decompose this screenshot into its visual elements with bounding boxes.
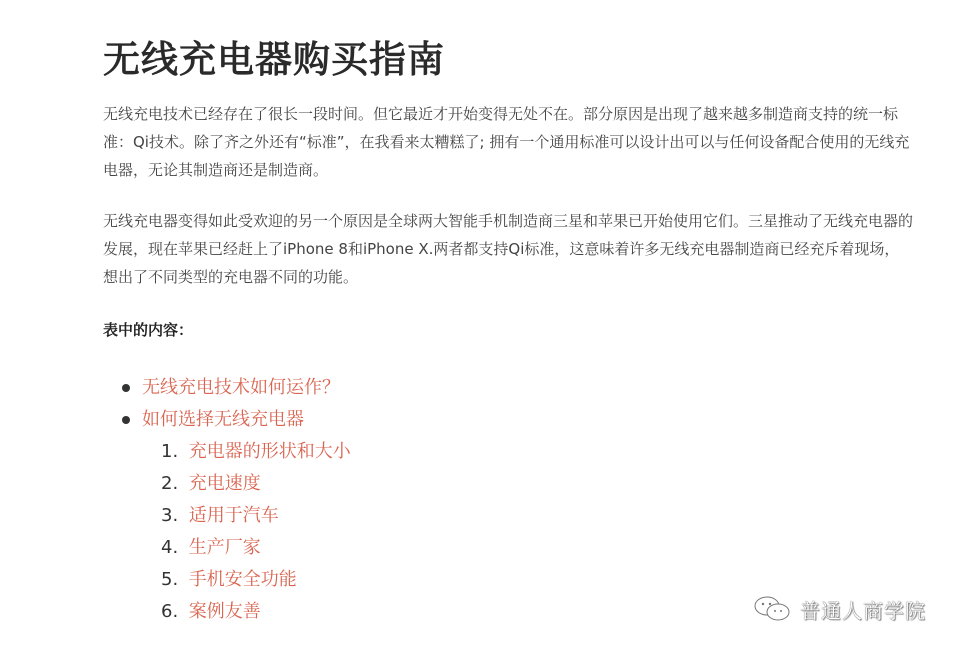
item-number: 4.: [161, 532, 183, 564]
wechat-icon: [752, 594, 792, 624]
toc-sub-item: 6. 案例友善: [161, 596, 351, 628]
toc-link-shape-size[interactable]: 充电器的形状和大小: [189, 441, 351, 462]
toc-sub-item: 3. 适用于汽车: [161, 500, 351, 532]
page-title: 无线充电器购买指南: [103, 36, 445, 84]
toc-sub-item: 4. 生产厂家: [161, 532, 351, 564]
item-number: 5.: [161, 564, 183, 596]
item-number: 2.: [161, 468, 183, 500]
toc-link-how-it-works[interactable]: 无线充电技术如何运作？: [142, 372, 340, 404]
toc-sublist: 1. 充电器的形状和大小 2. 充电速度 3. 适用于汽车 4. 生产厂家 5.…: [161, 436, 351, 628]
toc-link-charging-speed[interactable]: 充电速度: [189, 473, 261, 494]
toc-link-manufacturers[interactable]: 生产厂家: [189, 537, 261, 558]
bullet-icon: [122, 384, 130, 392]
item-number: 1.: [161, 436, 183, 468]
item-number: 6.: [161, 596, 183, 628]
toc-link-safety[interactable]: 手机安全功能: [189, 569, 297, 590]
toc-sub-item: 5. 手机安全功能: [161, 564, 351, 596]
toc-heading: 表中的内容：: [103, 316, 193, 344]
toc-link-how-to-choose[interactable]: 如何选择无线充电器: [142, 404, 304, 436]
toc-sub-item: 2. 充电速度: [161, 468, 351, 500]
intro-paragraph: 无线充电技术已经存在了很长一段时间。但它最近才开始变得无处不在。部分原因是出现了…: [103, 100, 913, 184]
item-number: 3.: [161, 500, 183, 532]
toc-sub-item: 1. 充电器的形状和大小: [161, 436, 351, 468]
toc-link-car-use[interactable]: 适用于汽车: [189, 505, 279, 526]
bullet-icon: [122, 416, 130, 424]
watermark-text: 普通人商学院: [800, 595, 926, 624]
watermark: 普通人商学院: [752, 592, 926, 626]
toc-link-case-friendly[interactable]: 案例友善: [189, 601, 261, 622]
second-paragraph: 无线充电器变得如此受欢迎的另一个原因是全球两大智能手机制造商三星和苹果已开始使用…: [103, 207, 913, 291]
